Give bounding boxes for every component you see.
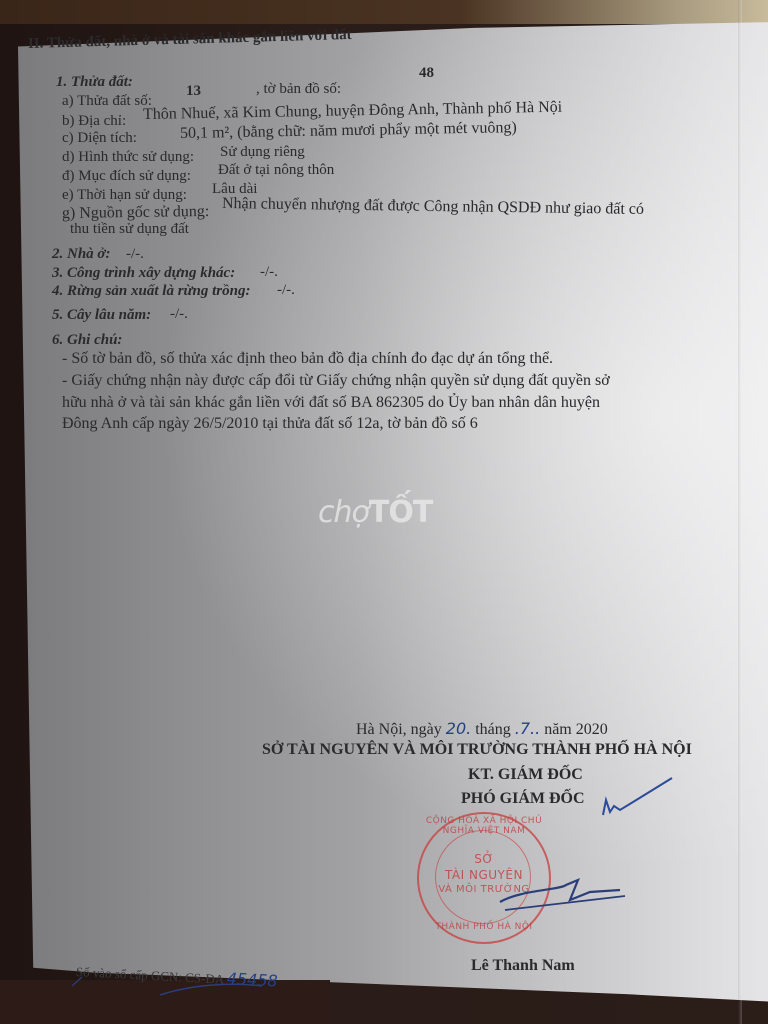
signer-name: Lê Thanh Nam <box>471 958 575 974</box>
registry-number: 45458 <box>226 969 278 991</box>
signature-strokes <box>0 0 768 1024</box>
